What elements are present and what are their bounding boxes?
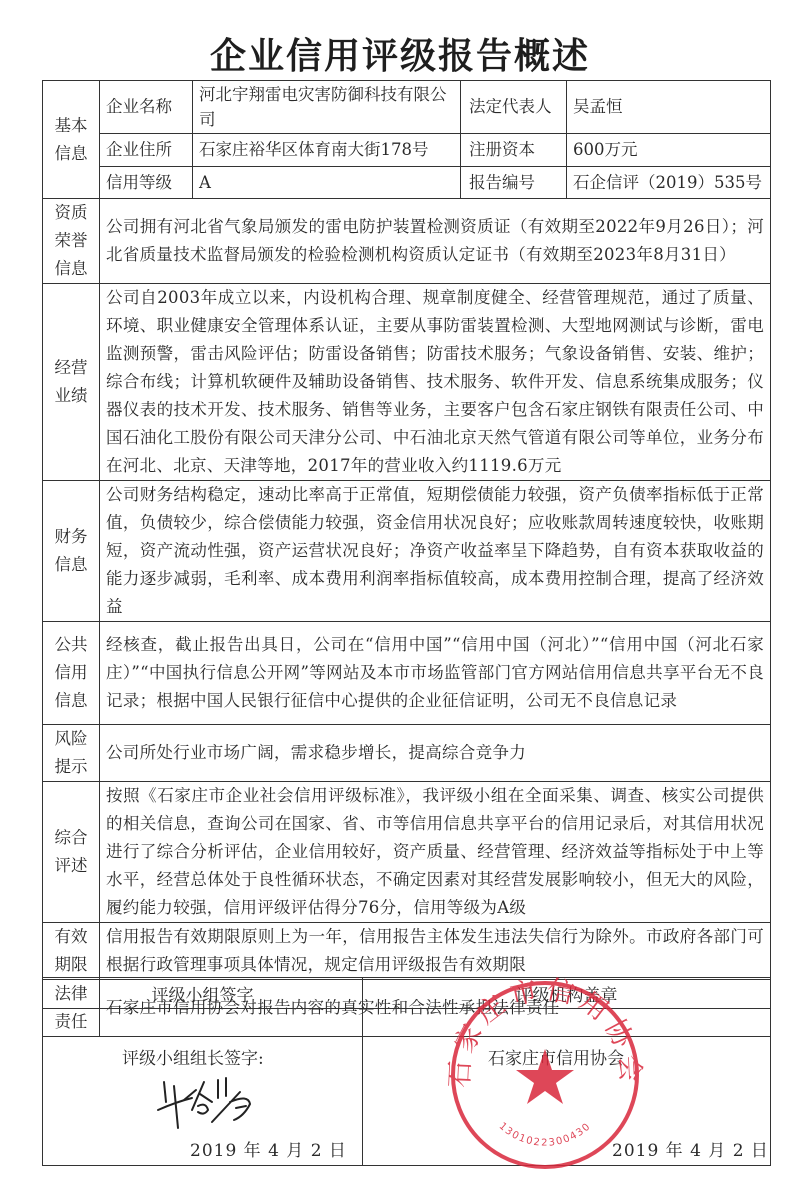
document-title: 企业信用评级报告概述 bbox=[0, 28, 800, 79]
validity-text: 信用报告有效期限原则上为一年，信用报告主体发生违法失信行为除外。市政府各部门可根… bbox=[100, 923, 771, 980]
row-risk-warning: 风险提示 公司所处行业市场广阔，需求稳步增长，提高综合竞争力 bbox=[43, 725, 771, 782]
handwritten-signature bbox=[156, 1072, 266, 1132]
public-credit-text: 经核查，截止报告出具日，公司在“信用中国”“信用中国（河北）”“信用中国（河北石… bbox=[100, 622, 771, 725]
address-value: 石家庄裕华区体育南大街178号 bbox=[193, 134, 461, 167]
legal-rep-value: 吴孟恒 bbox=[567, 81, 771, 134]
business-performance-text: 公司自2003年成立以来，内设机构合理、规章制度健全、经营管理规范，通过了质量、… bbox=[100, 284, 771, 481]
section-label-validity: 有效期限 bbox=[43, 923, 100, 980]
signature-table: 评级小组签字 评级机构盖章 评级小组组长签字: 2019 年 4 月 2 日 石… bbox=[42, 977, 771, 1166]
report-table: 基本信息 企业名称 河北宇翔雷电灾害防御科技有限公司 法定代表人 吴孟恒 企业住… bbox=[42, 80, 771, 1037]
row-company-name: 基本信息 企业名称 河北宇翔雷电灾害防御科技有限公司 法定代表人 吴孟恒 bbox=[43, 81, 771, 134]
report-no-value: 石企信评（2019）535号 bbox=[567, 167, 771, 199]
row-credit-grade: 信用等级 A 报告编号 石企信评（2019）535号 bbox=[43, 167, 771, 199]
section-label-business-performance: 经营业绩 bbox=[43, 284, 100, 481]
credit-grade-value: A bbox=[193, 167, 461, 199]
section-label-overall-review: 综合评述 bbox=[43, 782, 100, 923]
row-public-credit: 公共信用信息 经核查，截止报告出具日，公司在“信用中国”“信用中国（河北）”“信… bbox=[43, 622, 771, 725]
section-label-basic-info: 基本信息 bbox=[43, 81, 100, 199]
rating-agency-seal-header: 评级机构盖章 bbox=[363, 978, 771, 1009]
legal-rep-label: 法定代表人 bbox=[461, 81, 567, 134]
risk-warning-text: 公司所处行业市场广阔，需求稳步增长，提高综合竞争力 bbox=[100, 725, 771, 782]
report-no-label: 报告编号 bbox=[461, 167, 567, 199]
company-name-label: 企业名称 bbox=[100, 81, 193, 134]
row-qualifications: 资质荣誉信息 公司拥有河北省气象局颁发的雷电防护装置检测资质证（有效期至2022… bbox=[43, 199, 771, 284]
address-label: 企业住所 bbox=[100, 134, 193, 167]
row-validity: 有效期限 信用报告有效期限原则上为一年，信用报告主体发生违法失信行为除外。市政府… bbox=[43, 923, 771, 980]
section-label-financial-info: 财务信息 bbox=[43, 481, 100, 622]
row-overall-review: 综合评述 按照《石家庄市企业社会信用评级标准》，我评级小组在全面采集、调查、核实… bbox=[43, 782, 771, 923]
row-financial-info: 财务信息 公司财务结构稳定，速动比率高于正常值，短期偿债能力较强，资产负债率指标… bbox=[43, 481, 771, 622]
row-address: 企业住所 石家庄裕华区体育南大街178号 注册资本 600万元 bbox=[43, 134, 771, 167]
capital-label: 注册资本 bbox=[461, 134, 567, 167]
row-business-performance: 经营业绩 公司自2003年成立以来，内设机构合理、规章制度健全、经营管理规范，通… bbox=[43, 284, 771, 481]
company-name-value: 河北宇翔雷电灾害防御科技有限公司 bbox=[193, 81, 461, 134]
rating-agency-name: 石家庄市信用协会 bbox=[488, 1044, 624, 1069]
section-label-public-credit: 公共信用信息 bbox=[43, 622, 100, 725]
seal-date: 2019 年 4 月 2 日 bbox=[612, 1136, 769, 1161]
signature-panel: 评级小组组长签字: 2019 年 4 月 2 日 bbox=[43, 1009, 363, 1166]
capital-value: 600万元 bbox=[567, 134, 771, 167]
financial-info-text: 公司财务结构稳定，速动比率高于正常值，短期偿债能力较强，资产负债率指标低于正常值… bbox=[100, 481, 771, 622]
section-label-risk-warning: 风险提示 bbox=[43, 725, 100, 782]
credit-grade-label: 信用等级 bbox=[100, 167, 193, 199]
section-label-qualifications: 资质荣誉信息 bbox=[43, 199, 100, 284]
qualifications-text: 公司拥有河北省气象局颁发的雷电防护装置检测资质证（有效期至2022年9月26日）… bbox=[100, 199, 771, 284]
overall-review-text: 按照《石家庄市企业社会信用评级标准》，我评级小组在全面采集、调查、核实公司提供的… bbox=[100, 782, 771, 923]
rating-team-signature-header: 评级小组签字 bbox=[43, 978, 363, 1009]
signature-date: 2019 年 4 月 2 日 bbox=[190, 1136, 347, 1161]
seal-panel: 石家庄市信用协会 2019 年 4 月 2 日 bbox=[363, 1009, 771, 1166]
leader-signature-label: 评级小组组长签字: bbox=[122, 1044, 264, 1069]
